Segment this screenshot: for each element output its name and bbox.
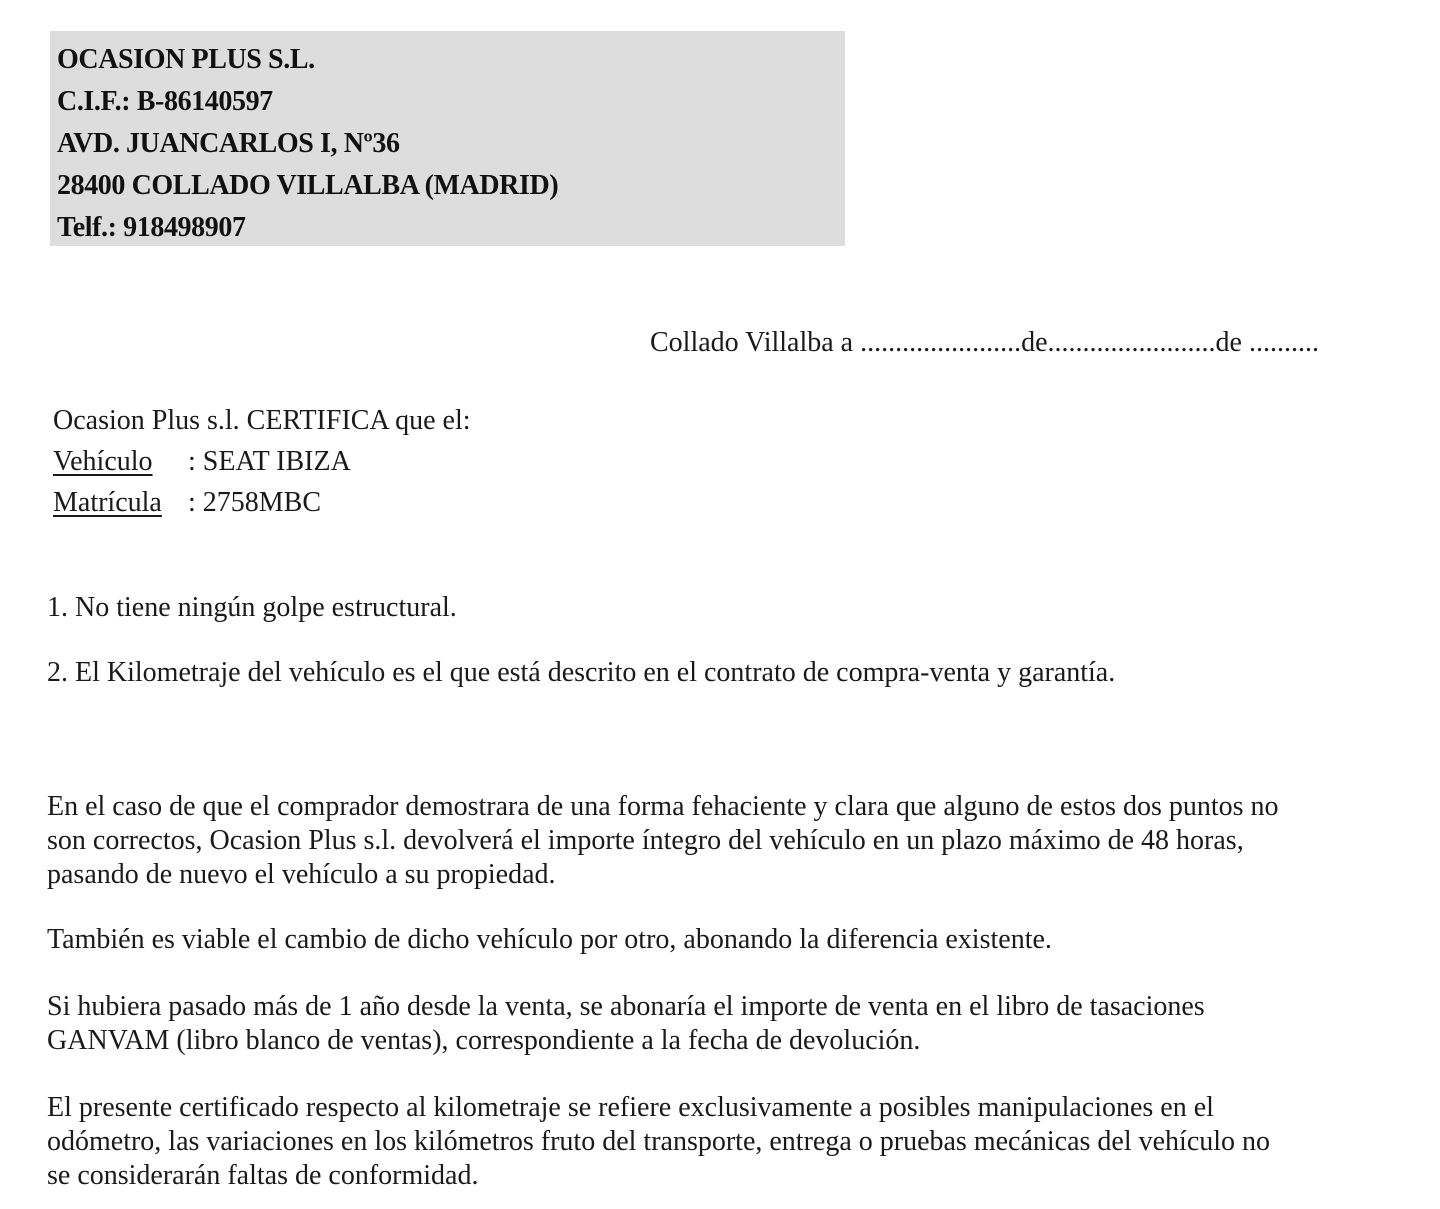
paragraph-line: pasando de nuevo el vehículo a su propie… [47, 858, 1279, 892]
certificate-intro: Ocasion Plus s.l. CERTIFICA que el: [53, 400, 471, 441]
plate-value: : 2758MBC [188, 482, 321, 523]
paragraph-line: son correctos, Ocasion Plus s.l. devolve… [47, 824, 1279, 858]
point-2: 2. El Kilometraje del vehículo es el que… [47, 654, 1115, 692]
paragraph-line: También es viable el cambio de dicho veh… [47, 923, 1052, 957]
paragraph-line: El presente certificado respecto al kilo… [47, 1091, 1270, 1125]
paragraph-line: se considerarán faltas de conformidad. [47, 1159, 1270, 1193]
company-header: OCASION PLUS S.L. C.I.F.: B-86140597 AVD… [50, 31, 845, 246]
paragraph-refund: En el caso de que el comprador demostrar… [47, 790, 1279, 892]
paragraph-line: odómetro, las variaciones en los kilómet… [47, 1125, 1270, 1159]
certificate-block: Ocasion Plus s.l. CERTIFICA que el: Vehí… [53, 400, 471, 523]
company-city: 28400 COLLADO VILLALBA (MADRID) [57, 165, 845, 207]
company-name: OCASION PLUS S.L. [57, 39, 845, 81]
point-1: 1. No tiene ningún golpe estructural. [47, 589, 457, 627]
vehicle-row: Vehículo: SEAT IBIZA [53, 441, 471, 482]
company-phone: Telf.: 918498907 [57, 207, 845, 249]
plate-label: Matrícula [53, 482, 188, 523]
paragraph-exchange: También es viable el cambio de dicho veh… [47, 923, 1052, 957]
paragraph-line: GANVAM (libro blanco de ventas), corresp… [47, 1024, 1205, 1058]
paragraph-ganvam: Si hubiera pasado más de 1 año desde la … [47, 990, 1205, 1058]
paragraph-line: En el caso de que el comprador demostrar… [47, 790, 1279, 824]
vehicle-label: Vehículo [53, 441, 188, 482]
paragraph-line: Si hubiera pasado más de 1 año desde la … [47, 990, 1205, 1024]
paragraph-odometer: El presente certificado respecto al kilo… [47, 1091, 1270, 1193]
vehicle-value: : SEAT IBIZA [188, 441, 351, 482]
plate-row: Matrícula: 2758MBC [53, 482, 471, 523]
date-line: Collado Villalba a .....................… [650, 324, 1319, 362]
company-address: AVD. JUANCARLOS I, Nº36 [57, 123, 845, 165]
company-cif: C.I.F.: B-86140597 [57, 81, 845, 123]
